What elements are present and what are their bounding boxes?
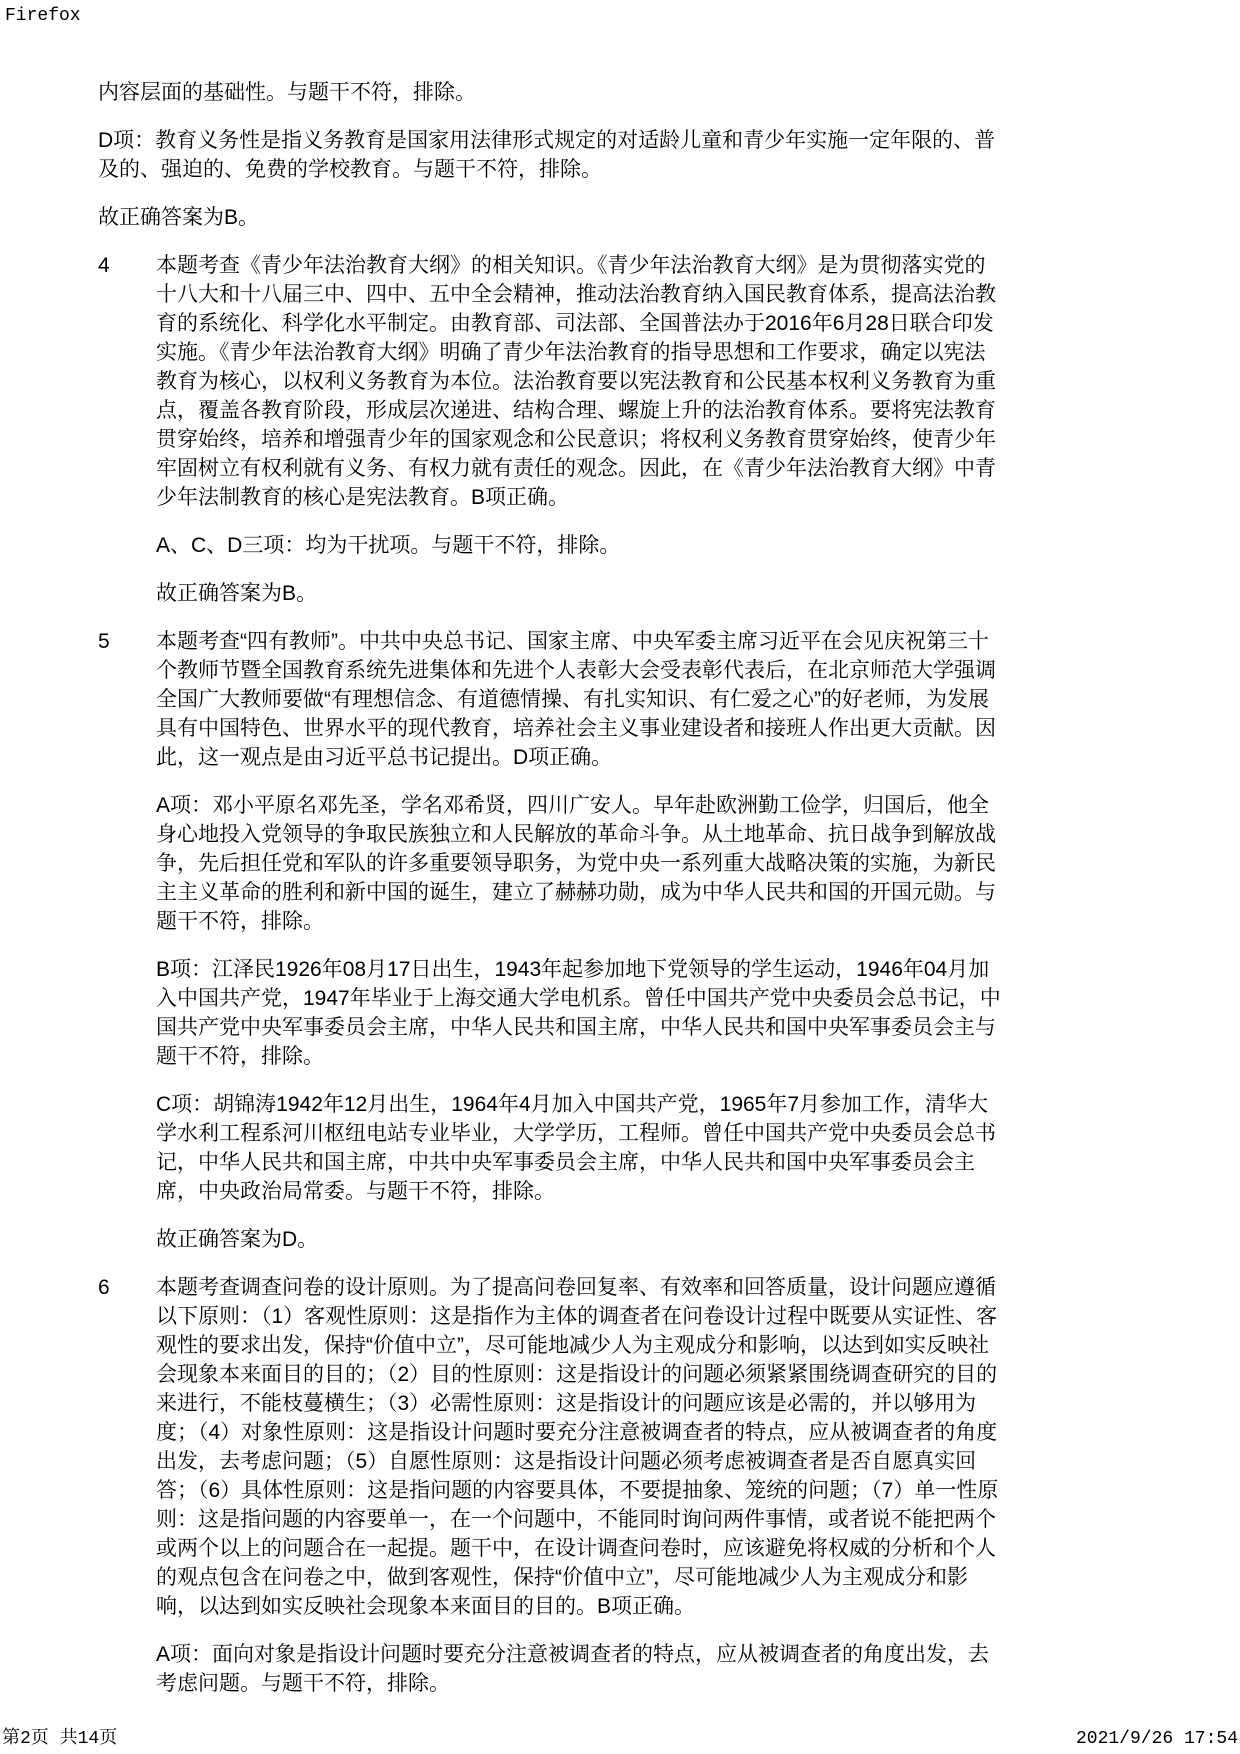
paragraph: 故正确答案为B。 [98, 203, 1006, 232]
paragraph: A、C、D三项：均为干扰项。与题干不符，排除。 [156, 531, 1006, 560]
question-item-5: 5 本题考查“四有教师”。中共中央总书记、国家主席、中央军委主席习近平在会见庆祝… [98, 627, 1006, 1273]
paragraph: 本题考查《青少年法治教育大纲》的相关知识。《青少年法治教育大纲》是为贯彻落实党的… [156, 251, 1006, 512]
paragraph: 本题考查调查问卷的设计原则。为了提高问卷回复率、有效率和回答质量，设计问题应遵循… [156, 1273, 1006, 1621]
paragraph: 本题考查“四有教师”。中共中央总书记、国家主席、中央军委主席习近平在会见庆祝第三… [156, 627, 1006, 772]
paragraph: D项：教育义务性是指义务教育是国家用法律形式规定的对适龄儿童和青少年实施一定年限… [98, 126, 1006, 184]
print-header-app-name: Firefox [5, 6, 81, 26]
printed-page: Firefox 内容层面的基础性。与题干不符，排除。 D项：教育义务性是指义务教… [0, 0, 1240, 1754]
item-number: 4 [98, 251, 156, 280]
paragraph: A项：邓小平原名邓先圣，学名邓希贤，四川广安人。早年赴欧洲勤工俭学，归国后，他全… [156, 791, 1006, 936]
item-number: 6 [98, 1273, 156, 1302]
document-content: 内容层面的基础性。与题干不符，排除。 D项：教育义务性是指义务教育是国家用法律形… [98, 78, 1006, 1717]
print-footer-timestamp: 2021/9/26 17:54 [1076, 1729, 1238, 1749]
paragraph: C项：胡锦涛1942年12月出生，1964年4月加入中国共产党，1965年7月参… [156, 1090, 1006, 1206]
paragraph: B项：江泽民1926年08月17日出生，1943年起参加地下党领导的学生运动，1… [156, 955, 1006, 1071]
print-footer-page-indicator: 第2页 共14页 [2, 1723, 117, 1749]
question-item-4: 4 本题考查《青少年法治教育大纲》的相关知识。《青少年法治教育大纲》是为贯彻落实… [98, 251, 1006, 627]
item-number: 5 [98, 627, 156, 656]
paragraph: 内容层面的基础性。与题干不符，排除。 [98, 78, 1006, 107]
paragraph: 故正确答案为B。 [156, 579, 1006, 608]
item-paragraphs: 本题考查调查问卷的设计原则。为了提高问卷回复率、有效率和回答质量，设计问题应遵循… [156, 1273, 1006, 1717]
item-paragraphs: 本题考查《青少年法治教育大纲》的相关知识。《青少年法治教育大纲》是为贯彻落实党的… [156, 251, 1006, 627]
paragraph: A项：面向对象是指设计问题时要充分注意被调查者的特点，应从被调查者的角度出发，去… [156, 1640, 1006, 1698]
question-item-6: 6 本题考查调查问卷的设计原则。为了提高问卷回复率、有效率和回答质量，设计问题应… [98, 1273, 1006, 1717]
item-paragraphs: 本题考查“四有教师”。中共中央总书记、国家主席、中央军委主席习近平在会见庆祝第三… [156, 627, 1006, 1273]
paragraph: 故正确答案为D。 [156, 1225, 1006, 1254]
